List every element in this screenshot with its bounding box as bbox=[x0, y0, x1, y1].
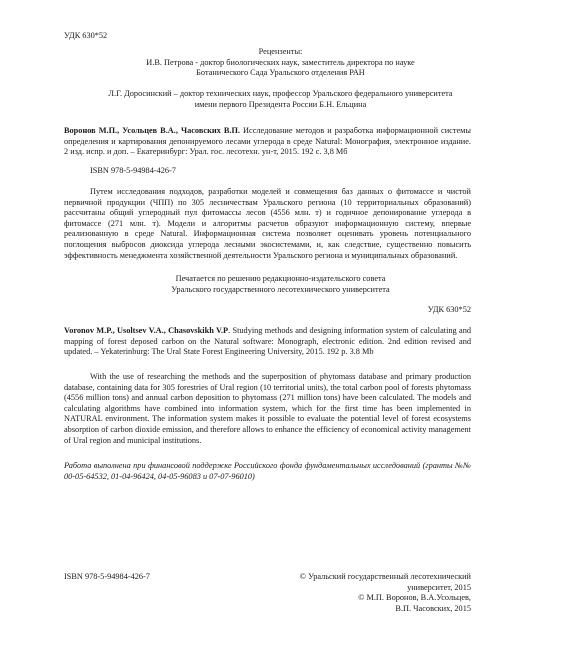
publication-note: Печатается по решению редакционно-издате… bbox=[0, 274, 561, 295]
udk-code-english: УДК 630*52 bbox=[64, 305, 471, 316]
publication-note-line-2: Уральского государственного лесотехничес… bbox=[0, 285, 561, 296]
reviewer-1-affiliation: Ботанического Сада Уральского отделения … bbox=[0, 68, 561, 79]
abstract-english: With the use of researching the methods … bbox=[64, 372, 471, 446]
copyright-block: © Уральский государственный лесотехничес… bbox=[260, 572, 471, 614]
citation-en-authors: Voronov M.P., Usoltsev V.A., Chasovskikh… bbox=[64, 326, 228, 335]
reviewers-block: Рецензенты: И.В. Петрова - доктор биолог… bbox=[0, 47, 561, 111]
udk-code: УДК 630*52 bbox=[64, 31, 107, 42]
reviewer-2-title: Л.Г. Доросинский – доктор технических на… bbox=[0, 89, 561, 100]
copyright-authors-line-1: © М.П. Воронов, В.А.Усольцев, bbox=[260, 593, 471, 604]
citation-russian: Воронов М.П., Усольцев В.А., Часовских В… bbox=[64, 126, 471, 158]
citation-english: Voronov M.P., Usoltsev V.A., Chasovskikh… bbox=[64, 326, 471, 358]
footer-isbn: ISBN 978-5-94984-426-7 bbox=[64, 572, 150, 583]
copyright-university-line-2: университет, 2015 bbox=[260, 583, 471, 594]
funding-note: Работа выполнена при финансовой поддержк… bbox=[64, 461, 471, 482]
abstract-russian: Путем исследования подходов, разработки … bbox=[64, 187, 471, 261]
reviewer-1-title: И.В. Петрова - доктор биологических наук… bbox=[0, 58, 561, 69]
copyright-authors-line-2: В.П. Часовских, 2015 bbox=[260, 604, 471, 615]
copyright-university-line-1: © Уральский государственный лесотехничес… bbox=[260, 572, 471, 583]
citation-ru-authors: Воронов М.П., Усольцев В.А., Часовских В… bbox=[64, 126, 240, 135]
isbn-top: ISBN 978-5-94984-426-7 bbox=[90, 166, 176, 177]
reviewers-heading: Рецензенты: bbox=[0, 47, 561, 58]
reviewer-2-affiliation: имени первого Президента России Б.Н. Ель… bbox=[0, 100, 561, 111]
publication-note-line-1: Печатается по решению редакционно-издате… bbox=[0, 274, 561, 285]
